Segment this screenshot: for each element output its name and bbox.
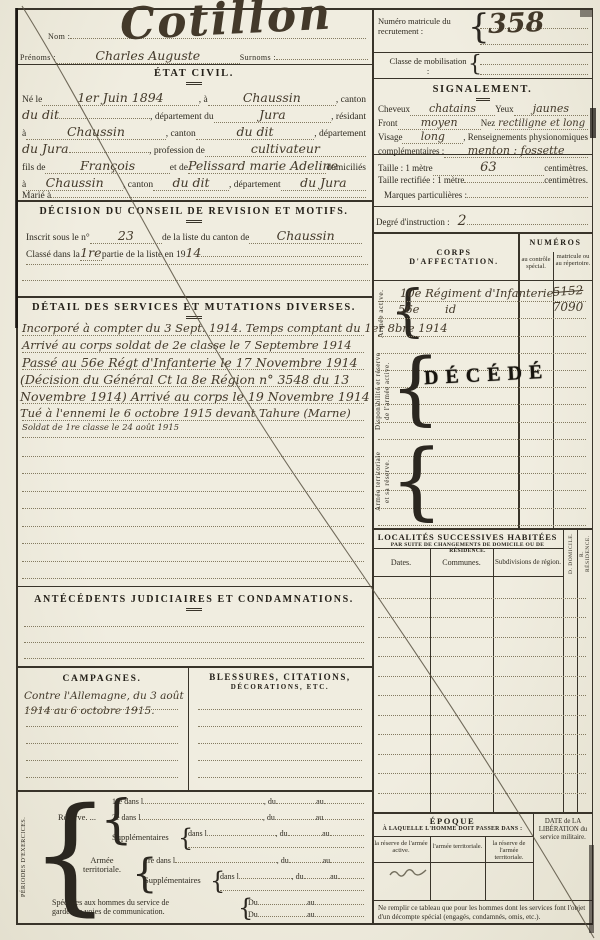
fill [140, 819, 262, 820]
marie-row: Marié à [22, 191, 366, 201]
label: Inscrit sous le n° [26, 233, 90, 243]
decision-line: Classé dans la 1re partie de la liste en… [26, 245, 362, 261]
nom-label: Nom : [48, 32, 70, 41]
dotline [378, 336, 586, 337]
matricule-dotline [480, 44, 588, 45]
corps-row2-num: 7090 [548, 300, 588, 314]
dotline [26, 743, 178, 744]
visage-label: Visage [378, 132, 402, 142]
degre-label: Degré d'instruction : [376, 217, 450, 227]
dotline [378, 793, 586, 794]
label: de la liste du canton de [162, 233, 249, 243]
surnoms-label: Surnoms : [240, 53, 276, 62]
dotline [378, 715, 586, 716]
residence-side-label: R. RÉSIDENCE. [578, 532, 591, 576]
epoque-col1-header: la réserve de l'armée active. [373, 840, 429, 854]
rule [16, 666, 372, 668]
etat-civil-line: Né le 1er Juin 1894 , à Chaussin , canto… [22, 90, 366, 106]
localites-rows [374, 580, 590, 810]
supplementaires-row: dans l , du au [188, 829, 364, 838]
subdivisions-col-header: Subdivisions de région. [493, 558, 563, 566]
dotline [24, 626, 364, 627]
cheveux-label: Cheveux [378, 104, 410, 114]
label: territoriale. [83, 864, 121, 874]
fill [330, 835, 364, 836]
dotline [378, 676, 586, 677]
dotline [378, 508, 586, 509]
dotline [378, 695, 586, 696]
label: , du [264, 797, 276, 806]
dotline [198, 760, 362, 761]
rule [372, 836, 533, 837]
etat-civil-line: du dit , département du Jura , résidant [22, 107, 366, 123]
fill [59, 118, 150, 119]
epoque-date-divider [533, 812, 534, 900]
title-rule [186, 82, 202, 85]
rule [16, 64, 372, 65]
value: Chaussin [249, 228, 362, 244]
dotline [378, 353, 586, 354]
marques-row: Marques particulières : [384, 190, 588, 200]
dotline [378, 734, 586, 735]
label: , résidant [331, 112, 366, 122]
title-rule [476, 98, 490, 101]
label: , profession de [149, 146, 205, 156]
prenoms-value: Charles Auguste [56, 48, 240, 64]
label: et de [170, 163, 188, 173]
complementaires-label: complémentaires : [378, 146, 444, 156]
prenoms-label: Prénoms : [20, 53, 56, 62]
dotline [378, 598, 586, 599]
territoriale-text-2: et sa réserve. [383, 440, 391, 522]
etat-civil-line: fils de François et de Pelissard marie A… [22, 158, 366, 174]
value: Chaussin [208, 90, 336, 106]
dotline [378, 473, 586, 474]
fill [143, 803, 264, 804]
label: , du [276, 829, 288, 838]
fill [467, 224, 588, 225]
label: , canton [123, 180, 153, 190]
dotline [198, 726, 362, 727]
numeros-header: NUMÉROS [518, 238, 593, 247]
dotline [22, 473, 364, 474]
label: dans l [220, 872, 239, 881]
campagnes-rows [22, 694, 182, 784]
value: 14 [185, 245, 201, 260]
cheveux-row: Cheveux chatains Yeux jaunes [378, 102, 588, 116]
value: Chaussin [26, 175, 123, 191]
label: au [322, 829, 330, 838]
disponibilite-text-2: de l'armée active. [383, 350, 391, 432]
matricule-brace: { [468, 10, 490, 44]
epoque-subtitle: À LAQUELLE L'HOMME DOIT PASSER DANS : [372, 826, 533, 832]
rule [372, 280, 593, 281]
taille-row: Taille : 1 mètre 63 centimètres. [378, 160, 588, 176]
dotline [26, 264, 368, 265]
speciales-row-1: Du au [248, 898, 364, 907]
label: fils de [22, 163, 45, 173]
dotline [26, 709, 178, 710]
fill [330, 862, 364, 863]
dotline [378, 754, 586, 755]
fill [464, 182, 544, 183]
front-value: moyen [398, 116, 481, 130]
territoriale-row-1: 1re dans l , du au [144, 856, 364, 865]
domicile-side-label: D. DOMICILE. [564, 532, 577, 576]
label: au [323, 856, 331, 865]
label: Né le [22, 95, 42, 105]
dates-col-header: Dates. [372, 558, 430, 567]
dotline [22, 456, 364, 457]
prenoms-row: Prénoms : Charles Auguste Surnoms : [20, 48, 368, 64]
fill [175, 862, 277, 863]
dotline [188, 847, 364, 848]
dotline [22, 403, 364, 404]
epoque-title: ÉPOQUE [372, 816, 533, 826]
matricule-col-header: matricule ou au répertoire. [555, 253, 591, 267]
value: François [45, 158, 169, 174]
complementaires-row: complémentaires : menton : fossette [378, 144, 588, 158]
fill [51, 197, 366, 198]
taille-rectifiee-row: Taille rectifiée : 1 mètre centimètres. [378, 175, 588, 185]
label: 1re dans l [144, 856, 175, 865]
label: Du [248, 898, 258, 907]
fill [239, 878, 292, 879]
corps-rows [374, 286, 590, 526]
dotline [378, 318, 586, 319]
title-rule [186, 608, 202, 611]
dotline [198, 709, 362, 710]
services-empty-lines [18, 440, 368, 584]
antecedents-rows [20, 612, 368, 664]
label: , du [292, 872, 304, 881]
corps-row1-value: 10e Régiment d'Infanterie [400, 286, 553, 300]
nom-value: Cotillon [119, 0, 334, 51]
renseignements-label: , Renseignements physionomiques [463, 132, 588, 142]
corps-header: CORPS D'AFFECTATION. [390, 248, 518, 266]
dotline [198, 743, 362, 744]
label: partie de la liste en 19 [102, 250, 186, 260]
value: du dit [196, 124, 315, 140]
corps-row1-num: 5152 [548, 283, 589, 300]
front-row: Front moyen Nez rectiligne et long [378, 116, 588, 130]
label: garde des voies de communication. [52, 907, 165, 916]
localites-title: LOCALITÉS SUCCESSIVES HABITÉES [372, 532, 563, 542]
marques-label: Marques particulières : [384, 190, 467, 200]
residence-text: R. RÉSIDENCE. [579, 532, 591, 576]
dotline [26, 760, 178, 761]
dotline [378, 525, 586, 526]
rule [372, 52, 593, 53]
fill [315, 916, 364, 917]
dotline [22, 526, 364, 527]
signalement-title: SIGNALEMENT. [372, 84, 593, 95]
speciales-label: Spéciales aux hommes du service de garde… [52, 898, 240, 916]
label: , du [277, 856, 289, 865]
reserve-row-2: 2e dans l , du au [112, 813, 364, 822]
front-label: Front [378, 118, 398, 128]
supplementaires-2-row: dans l , du au [220, 872, 364, 881]
rule [16, 296, 372, 298]
value: 1er Juin 1894 [42, 90, 198, 106]
rule [372, 78, 593, 79]
etat-civil-line: à Chaussin , canton du dit , département… [22, 175, 366, 191]
taille-value: 63 [433, 160, 545, 176]
title-rule [186, 316, 202, 319]
liberation-date-header: DATE de LA LIBÉRATION du service militai… [535, 818, 591, 842]
dotline [378, 422, 586, 423]
reserve-label: Réserve. ... [58, 812, 96, 822]
domicile-text: D. DOMICILE. [568, 532, 574, 576]
rule [16, 586, 372, 587]
frame-right [592, 8, 593, 925]
rule [374, 206, 592, 207]
epoque-col3-header: la réserve de l'armée territoriale. [486, 840, 532, 861]
taille-rectifiee-label: Taille rectifiée : 1 mètre [378, 175, 464, 185]
territoriale-label: Armée territoriale et sa réserve. [374, 440, 391, 522]
controle-col-header: au contrôle spécial. [520, 256, 552, 270]
label: au [307, 910, 315, 919]
label: , canton [166, 129, 196, 139]
localites-subtitle: PAR SUITE DE CHANGEMENTS DE DOMICILE OU … [372, 542, 563, 554]
blessures-title-2: DÉCORATIONS, ETC. [188, 683, 372, 691]
rule [372, 812, 593, 814]
military-record-sheet: Nom : Cotillon Prénoms : Charles Auguste… [0, 0, 600, 940]
fill [315, 904, 364, 905]
etat-civil-title: ÉTAT CIVIL. [16, 68, 372, 79]
reserve-row-1: 1re dans l , du au [112, 797, 364, 806]
dotline [22, 578, 364, 579]
fill [324, 803, 364, 804]
fill [69, 152, 150, 153]
label: , département du [150, 112, 214, 122]
label: , du [263, 813, 275, 822]
fill [258, 904, 307, 905]
speciales-row-2: Du au [248, 910, 364, 919]
label: Marié à [22, 191, 51, 201]
dotline [378, 456, 586, 457]
services-title: DÉTAIL DES SERVICES ET MUTATIONS DIVERSE… [16, 302, 372, 313]
label: , département [314, 129, 366, 139]
fill [467, 197, 588, 198]
periodes-side-text: PÉRIODES D'EXERCICES. [21, 794, 27, 920]
corps-row2-value: 56e id [398, 302, 456, 316]
dotline [220, 890, 364, 891]
etat-civil-line: à Chaussin , canton du dit , département [22, 124, 366, 140]
taille-unit: centimètres. [544, 163, 588, 173]
fill [275, 819, 316, 820]
taille-rectifiee-unit: centimètres. [544, 175, 588, 185]
classe-dotline [480, 64, 588, 65]
fill [338, 878, 364, 879]
value: Chaussin [26, 124, 165, 140]
etat-civil-line: du Jura , profession de cultivateur [22, 141, 366, 157]
epoque-col2-header: l'armée territoriale. [431, 843, 484, 850]
fill [323, 819, 364, 820]
dotline [378, 490, 586, 491]
dotline [22, 437, 364, 438]
rule [372, 576, 563, 577]
value: Jura [214, 107, 332, 123]
surnoms-fill [276, 59, 368, 60]
nez-label: Nez [481, 118, 496, 128]
antecedents-title: ANTÉCÉDENTS JUDICIAIRES ET CONDAMNATIONS… [16, 594, 372, 605]
label: 2e dans l [112, 813, 140, 822]
yeux-value: jaunes [514, 102, 588, 116]
fill [276, 803, 316, 804]
communes-col-header: Communes. [430, 558, 493, 567]
complementaires-value: menton : fossette [444, 144, 588, 158]
dotline [378, 773, 586, 774]
label: , canton [336, 95, 366, 105]
rule [372, 900, 593, 901]
epoque-note: Ne remplir ce tableau que pour les homme… [378, 904, 588, 921]
campagnes-title: CAMPAGNES. [16, 674, 188, 684]
frame-bottom [16, 923, 593, 925]
title-rule [186, 220, 202, 223]
matricule-value: 358 [487, 7, 544, 40]
label: domiciliés [326, 163, 366, 173]
dotline [22, 543, 364, 544]
blessures-title-1: BLESSURES, CITATIONS, [188, 672, 372, 682]
dotline [26, 726, 178, 727]
periodes-side-label: PÉRIODES D'EXERCICES. [17, 794, 30, 920]
label: Du [248, 910, 258, 919]
cheveux-value: chatains [410, 102, 495, 116]
disponibilite-label: Disponibilité et réserve de l'armée acti… [374, 350, 391, 432]
dotline [378, 404, 586, 405]
disponibilite-text-1: Disponibilité et réserve [374, 350, 382, 432]
rule [372, 232, 593, 234]
fill [207, 835, 276, 836]
label: , département [229, 180, 281, 190]
classe-label: Classe de mobilisation : [388, 57, 468, 76]
dotline [22, 491, 364, 492]
classe-brace: { [468, 54, 482, 76]
dotline [378, 387, 586, 388]
dotline [378, 637, 586, 638]
label: 1re dans l [112, 797, 143, 806]
dotline [22, 335, 364, 336]
label: Spéciales aux hommes du service de [52, 898, 169, 907]
label: dans l [188, 829, 207, 838]
taille-label: Taille : 1 mètre [378, 163, 433, 173]
supplementaires-2-label: Supplémentaires [144, 875, 201, 885]
value: du dit [22, 107, 59, 122]
degre-row: Degré d'instruction : 2 [376, 213, 588, 229]
supplementaires-label: Supplémentaires [112, 832, 169, 842]
dotline [26, 777, 178, 778]
value: du Jura [22, 141, 69, 156]
rule [16, 790, 372, 792]
dotline [198, 777, 362, 778]
classe-dotline [480, 74, 588, 75]
value: cultivateur [205, 141, 366, 157]
label: au [330, 872, 338, 881]
services-ruled-lines [18, 320, 368, 440]
value: du Jura [281, 175, 366, 191]
dotline [22, 508, 364, 509]
dotline [22, 280, 370, 281]
blessures-rows [194, 694, 366, 784]
dotline [378, 617, 586, 618]
rule [372, 862, 533, 863]
armee-territoriale-label: Armée territoriale. [72, 856, 132, 874]
matricule-label: Numéro matricule du recrutement : [378, 16, 470, 36]
label: au [316, 813, 324, 822]
label: Classé dans la [26, 250, 80, 260]
fill [258, 916, 307, 917]
fill [304, 878, 330, 879]
illegible-mark [388, 866, 428, 880]
dotline [378, 656, 586, 657]
dotline [22, 352, 364, 353]
dotline [24, 658, 364, 659]
dotline [22, 561, 364, 562]
value: Pelissard marie Adeline [188, 158, 326, 174]
label: au [307, 898, 315, 907]
rule [372, 528, 593, 530]
decision-title: DÉCISION DU CONSEIL DE REVISION ET MOTIF… [16, 206, 372, 217]
dotline [24, 642, 364, 643]
value: du dit [153, 175, 229, 191]
fill [289, 862, 323, 863]
decision-line: Inscrit sous le n° 23 de la liste du can… [26, 228, 362, 244]
territoriale-text-1: Armée territoriale [374, 440, 382, 522]
visage-row: Visage long , Renseignements physionomiq… [378, 130, 588, 144]
label: au [316, 797, 324, 806]
label: , à [199, 95, 208, 105]
dotline [378, 439, 586, 440]
value: 23 [90, 228, 162, 244]
dotline [22, 386, 364, 387]
fill [201, 256, 362, 257]
yeux-label: Yeux [495, 104, 514, 114]
dotline [22, 369, 364, 370]
visage-value: long [402, 130, 463, 144]
degre-value: 2 [458, 213, 467, 229]
value: 1re [80, 245, 102, 261]
fill [288, 835, 322, 836]
nez-value: rectiligne et long [495, 118, 588, 130]
dotline [22, 420, 364, 421]
